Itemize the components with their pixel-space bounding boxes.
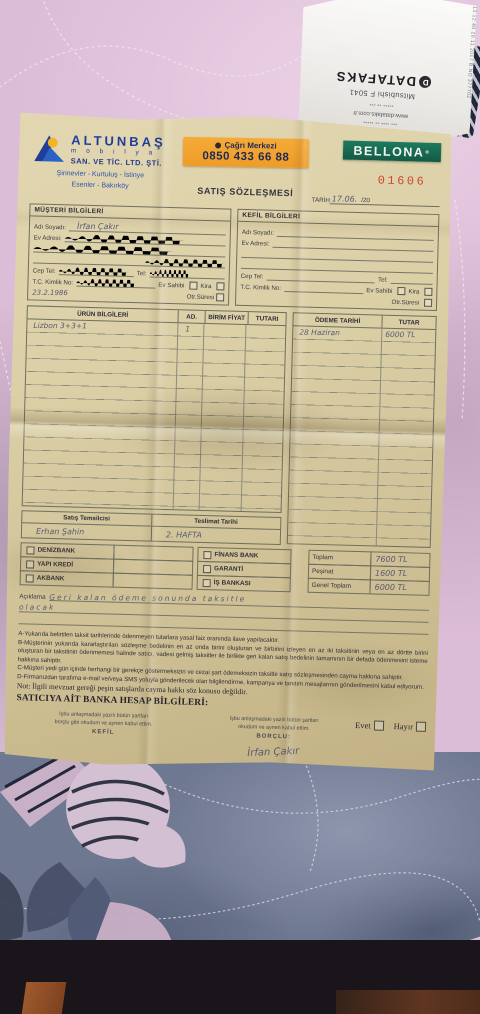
rent-label: Kira (200, 283, 211, 290)
bank-checkbox (203, 551, 211, 559)
info-boxes: MÜŞTERİ BİLGİLERİ Adı Soyadı: İrfan Çakı… (27, 203, 439, 311)
bank-column-mid: FİNANS BANK GARANTİ İŞ BANKASI (197, 548, 292, 592)
payment-table-body: 28 Haziran 6000 TL (288, 326, 436, 547)
payment-table: ÖDEME TARİHİ TUTAR 28 Haziran 6000 TL (287, 312, 437, 548)
bank-label: DENİZBANK (37, 547, 75, 555)
birth-date-handwritten: 23.2.1986 (32, 289, 68, 297)
downpayment-handwritten: 1600 TL (375, 569, 407, 578)
cell-label: Cep Tel: (241, 273, 264, 281)
rent-checkbox (216, 282, 224, 290)
address-label: Ev Adresi: (34, 234, 62, 242)
brand-column: BELLONA® 01606 TARİH 17.06. /20 (312, 140, 442, 207)
handwriting-scribble (149, 269, 189, 277)
payment-date-handwritten: 28 Haziran (299, 328, 340, 337)
yes-no-choice: Evet Hayır (355, 718, 426, 732)
company-block: ALTUNBAŞ m o b i l y a SAN. VE TİC. LTD.… (30, 132, 180, 193)
contract-title: SATIŞ SÖZLEŞMESİ (197, 186, 293, 199)
contract-header: ALTUNBAŞ m o b i l y a SAN. VE TİC. LTD.… (30, 132, 442, 207)
no-checkbox (416, 721, 426, 731)
date-handwritten: 17.06. (332, 194, 358, 203)
duration-label: Otr.Süresi (187, 293, 215, 301)
wood-floor-left (22, 982, 66, 1014)
rent-label: Kira (408, 288, 419, 295)
call-center-phone: 0850 433 66 88 (183, 150, 309, 164)
call-center-box: Çağrı Merkezi 0850 433 66 88 (183, 137, 309, 168)
guarantor-signature-block: İşbu anlaşmadaki yazılı bütün şartları b… (16, 709, 192, 740)
company-type: SAN. VE TİC. LTD. ŞTİ. (71, 156, 166, 167)
company-name: ALTUNBAŞ (71, 133, 166, 148)
bank-empty-cell (113, 573, 193, 590)
yes-label: Evet (355, 720, 371, 730)
company-subtitle: m o b i l y a (71, 147, 166, 156)
bank-checkbox (26, 560, 34, 568)
duration-checkbox (424, 299, 432, 307)
date-label: TARİH (312, 197, 330, 204)
bellona-brand-box: BELLONA® (343, 141, 441, 163)
yes-checkbox (374, 720, 384, 730)
sales-rep-table: Satış Temsilcisi Teslimat Tarihi Erhan Ş… (21, 510, 282, 545)
date-row: TARİH 17.06. /20 (312, 194, 440, 207)
sales-rep-handwritten: Erhan Şahin (36, 527, 84, 536)
date-suffix: /20 (361, 197, 370, 204)
receipt-fineprint2: ▪▪▪▪▪ ▪▪ ▪▪▪ (369, 101, 393, 109)
product-table: ÜRÜN BİLGİLERİ AD. BİRİM FİYAT TUTARI Li… (22, 305, 287, 513)
bank-label: AKBANK (37, 575, 65, 583)
bellona-text: BELLONA (353, 143, 424, 159)
homeowner-checkbox (189, 282, 197, 290)
notes-section: Açıklama Geri kalan ödeme sonunda taksit… (19, 588, 430, 635)
tel-label: Tel: (137, 270, 147, 277)
duration-checkbox (216, 293, 224, 301)
tc-label: T.C. Kimlik No: (32, 278, 73, 286)
receipt-url: www.datafaks.com.tr (353, 109, 409, 119)
receipt-fineprint: ▪▪▪ ▪▪▪▪ ▪▪ ▪▪▪▪▪ (363, 119, 397, 127)
bank-label: FİNANS BANK (214, 551, 258, 559)
altunbas-logo-icon (31, 132, 68, 165)
bank-column-left: DENİZBANK YAPI KREDİ AKBANK (20, 543, 194, 590)
phone-icon (216, 142, 222, 148)
signature-section: İşbu anlaşmadaki yazılı bütün şartları b… (15, 709, 426, 764)
name-label: Adı Soyadı: (242, 229, 274, 237)
debtor-signature-block: İşbu anlaşmadaki yazılı bütün şartları o… (208, 714, 339, 762)
col-birim-fiyat: BİRİM FİYAT (205, 311, 248, 324)
handwriting-scribble (58, 267, 128, 276)
cell-label: Cep Tel: (33, 267, 56, 275)
photo-background: ▪▪▪ ▪▪▪▪ ▪▪ ▪▪▪▪▪ www.datafaks.com.tr ▪▪… (0, 0, 480, 1014)
receipt-model: Mitsubishi F 5041 (349, 88, 415, 102)
no-label: Hayır (394, 721, 414, 732)
tc-label: T.C. Kimlik No: (240, 284, 281, 292)
bank-label: YAPI KREDİ (37, 561, 73, 569)
wood-floor-right (336, 990, 480, 1014)
payment-amount-handwritten: 6000 TL (385, 330, 415, 339)
quantity-handwritten: 1 (185, 324, 190, 333)
totals-table: Toplam7600 TL Peşinat1600 TL Genel Topla… (307, 551, 430, 596)
homeowner-label: Ev Sahibi (158, 282, 184, 290)
handwriting-scribble (145, 258, 225, 267)
notes-label: Açıklama (19, 593, 45, 601)
bank-label: İŞ BANKASI (214, 579, 251, 587)
bank-checkbox (203, 578, 211, 586)
bank-label: GARANTİ (214, 565, 243, 573)
homeowner-label: Ev Sahibi (366, 287, 392, 295)
product-handwritten: Lizbon 3+3+1 (33, 321, 87, 330)
product-table-body: Lizbon 3+3+1 1 (23, 319, 286, 512)
duration-label: Otr.Süresi (391, 299, 419, 307)
grand-total-label: Genel Toplam (307, 578, 370, 595)
sales-contract-paper: ALTUNBAŞ m o b i l y a SAN. VE TİC. LTD.… (1, 110, 454, 773)
tables-section: ÜRÜN BİLGİLERİ AD. BİRİM FİYAT TUTARI Li… (21, 305, 437, 549)
homeowner-checkbox (397, 287, 405, 295)
customer-name-handwritten: İrfan Çakır (69, 222, 119, 231)
registered-mark: ® (425, 149, 430, 155)
guarantor-info-box: KEFİL BİLGİLERİ Adı Soyadı: Ev Adresi: C… (235, 209, 439, 311)
notes-line1-handwritten: Geri kalan ödeme sonunda taksitle (50, 593, 247, 604)
banks-section: DENİZBANK YAPI KREDİ AKBANK FİNANS BANK … (20, 543, 431, 596)
col-tutar: TUTAR (382, 316, 435, 329)
total-handwritten: 7600 TL (375, 555, 407, 564)
contract-content: ALTUNBAŞ m o b i l y a SAN. VE TİC. LTD.… (1, 110, 454, 773)
bank-checkbox (26, 546, 34, 554)
notes-line2-handwritten: olacak (19, 603, 55, 612)
terms-section: A-Yukarıda belirtilen taksit tarihlerind… (16, 630, 428, 716)
call-center-column: Çağrı Merkezi 0850 433 66 88 SATIŞ SÖZLE… (179, 136, 314, 198)
grand-total-handwritten: 6000 TL (375, 583, 407, 592)
col-tutari: TUTARI (248, 312, 285, 325)
call-center-label: Çağrı Merkezi (225, 141, 277, 151)
datafaks-logo-icon: D (419, 76, 432, 89)
handwriting-scribble (76, 279, 136, 288)
name-label: Adı Soyadı: (34, 223, 66, 231)
bank-checkbox (26, 574, 34, 582)
col-odeme-tarihi: ÖDEME TARİHİ (293, 313, 382, 327)
address-label: Ev Adresi: (241, 240, 269, 248)
delivery-date-handwritten: 2. HAFTA (165, 530, 201, 539)
customer-info-box: MÜŞTERİ BİLGİLERİ Adı Soyadı: İrfan Çakı… (27, 203, 231, 305)
rent-checkbox (424, 288, 432, 296)
debtor-signature-handwritten: İrfan Çakır (208, 742, 339, 763)
company-branches: Şirinevler - Kurtuluş - İstinye Esenler … (30, 168, 171, 193)
col-adet: AD. (178, 310, 205, 323)
document-number: 01606 (378, 173, 427, 188)
bank-checkbox (203, 565, 211, 573)
tel-label: Tel: (378, 276, 388, 283)
receipt-brand-text: DATAFAKS (335, 69, 417, 90)
